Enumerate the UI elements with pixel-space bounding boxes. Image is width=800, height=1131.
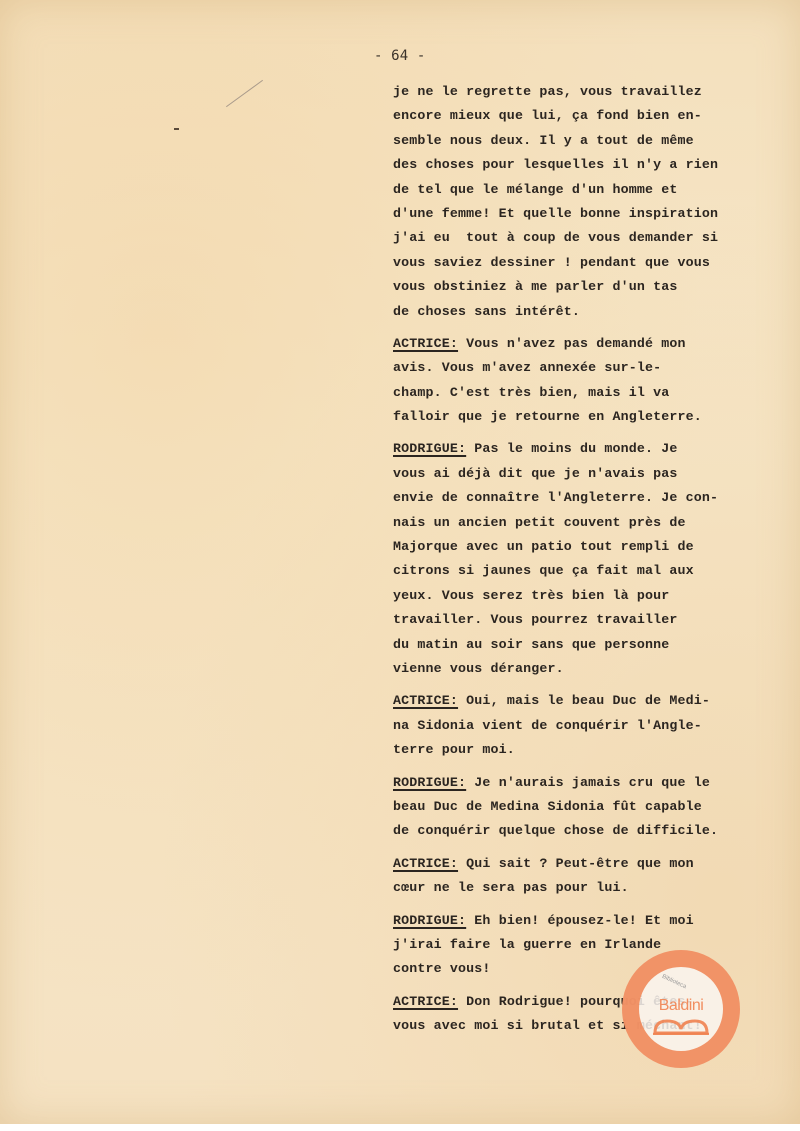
line-text: j'ai eu tout à coup de vous demander si <box>393 230 718 245</box>
speaker-name: RODRIGUE: <box>393 775 466 790</box>
text-line: RODRIGUE: Je n'aurais jamais cru que le <box>393 771 773 795</box>
text-line: je ne le regrette pas, vous travaillez <box>393 80 773 104</box>
paper-scratch-mark <box>226 80 263 107</box>
text-line: du matin au soir sans que personne <box>393 633 773 657</box>
line-text: na Sidonia vient de conquérir l'Angle- <box>393 718 702 733</box>
text-line: terre pour moi. <box>393 738 773 762</box>
scan-bottom-edge <box>0 1124 800 1131</box>
speaker-name: ACTRICE: <box>393 994 458 1009</box>
text-line: vous ai déjà dit que je n'avais pas <box>393 462 773 486</box>
speaker-name: ACTRICE: <box>393 336 458 351</box>
line-text: d'une femme! Et quelle bonne inspiration <box>393 206 718 221</box>
line-text: travailler. Vous pourrez travailler <box>393 612 678 627</box>
line-text: vous saviez dessiner ! pendant que vous <box>393 255 710 270</box>
line-text: yeux. Vous serez très bien là pour <box>393 588 669 603</box>
line-text: vous ai déjà dit que je n'avais pas <box>393 466 678 481</box>
speaker-name: ACTRICE: <box>393 856 458 871</box>
line-text: cœur ne le sera pas pour lui. <box>393 880 629 895</box>
text-line: d'une femme! Et quelle bonne inspiration <box>393 202 773 226</box>
line-text: Pas le moins du monde. Je <box>466 441 677 456</box>
text-line: avis. Vous m'avez annexée sur-le- <box>393 356 773 380</box>
line-text: champ. C'est très bien, mais il va <box>393 385 669 400</box>
line-text: de conquérir quelque chose de difficile. <box>393 823 718 838</box>
dialogue-paragraph: ACTRICE: Vous n'avez pas demandé monavis… <box>393 332 773 430</box>
line-text: du matin au soir sans que personne <box>393 637 669 652</box>
text-line: beau Duc de Medina Sidonia fût capable <box>393 795 773 819</box>
text-line: Majorque avec un patio tout rempli de <box>393 535 773 559</box>
text-line: vous saviez dessiner ! pendant que vous <box>393 251 773 275</box>
typescript-body: je ne le regrette pas, vous travaillezen… <box>393 80 773 1046</box>
speaker-name: RODRIGUE: <box>393 913 466 928</box>
line-text: nais un ancien petit couvent près de <box>393 515 686 530</box>
line-text: de tel que le mélange d'un homme et <box>393 182 678 197</box>
text-line: champ. C'est très bien, mais il va <box>393 381 773 405</box>
text-line: travailler. Vous pourrez travailler <box>393 608 773 632</box>
line-text: j'irai faire la guerre en Irlande <box>393 937 661 952</box>
text-line: encore mieux que lui, ça fond bien en- <box>393 104 773 128</box>
dialogue-paragraph: RODRIGUE: Pas le moins du monde. Jevous … <box>393 437 773 681</box>
line-text: envie de connaître l'Angleterre. Je con- <box>393 490 718 505</box>
dialogue-paragraph: ACTRICE: Oui, mais le beau Duc de Medi-n… <box>393 689 773 762</box>
text-line: RODRIGUE: Pas le moins du monde. Je <box>393 437 773 461</box>
continuation-paragraph: je ne le regrette pas, vous travaillezen… <box>393 80 773 324</box>
line-text: citrons si jaunes que ça fait mal aux <box>393 563 694 578</box>
line-text: Eh bien! épousez-le! Et moi <box>466 913 694 928</box>
line-text: semble nous deux. Il y a tout de même <box>393 133 694 148</box>
line-text: encore mieux que lui, ça fond bien en- <box>393 108 702 123</box>
page-number: - 64 - <box>374 48 425 64</box>
line-text: Majorque avec un patio tout rempli de <box>393 539 694 554</box>
line-text: je ne le regrette pas, vous travaillez <box>393 84 702 99</box>
dialogue-paragraph: RODRIGUE: Je n'aurais jamais cru que leb… <box>393 771 773 844</box>
text-line: vous obstiniez à me parler d'un tas <box>393 275 773 299</box>
speaker-name: ACTRICE: <box>393 693 458 708</box>
text-line: envie de connaître l'Angleterre. Je con- <box>393 486 773 510</box>
line-text: vous obstiniez à me parler d'un tas <box>393 279 678 294</box>
text-line: cœur ne le sera pas pour lui. <box>393 876 773 900</box>
line-text: falloir que je retourne en Angleterre. <box>393 409 702 424</box>
text-line: RODRIGUE: Eh bien! épousez-le! Et moi <box>393 909 773 933</box>
document-page: - 64 - je ne le regrette pas, vous trava… <box>0 0 800 1124</box>
text-line: yeux. Vous serez très bien là pour <box>393 584 773 608</box>
line-text: Oui, mais le beau Duc de Medi- <box>458 693 710 708</box>
text-line: falloir que je retourne en Angleterre. <box>393 405 773 429</box>
speaker-name: RODRIGUE: <box>393 441 466 456</box>
text-line: de choses sans intérêt. <box>393 300 773 324</box>
line-text: de choses sans intérêt. <box>393 304 580 319</box>
library-watermark-stamp: Biblioteca Baldini <box>622 950 740 1068</box>
text-line: ACTRICE: Vous n'avez pas demandé mon <box>393 332 773 356</box>
text-line: de conquérir quelque chose de difficile. <box>393 819 773 843</box>
text-line: semble nous deux. Il y a tout de même <box>393 129 773 153</box>
line-text: beau Duc de Medina Sidonia fût capable <box>393 799 702 814</box>
watermark-label: Biblioteca <box>661 974 687 990</box>
text-line: na Sidonia vient de conquérir l'Angle- <box>393 714 773 738</box>
paper-ink-speck <box>174 128 179 130</box>
line-text: vienne vous déranger. <box>393 661 564 676</box>
text-line: vienne vous déranger. <box>393 657 773 681</box>
text-line: des choses pour lesquelles il n'y a rien <box>393 153 773 177</box>
text-line: j'irai faire la guerre en Irlande <box>393 933 773 957</box>
line-text: avis. Vous m'avez annexée sur-le- <box>393 360 661 375</box>
text-line: citrons si jaunes que ça fait mal aux <box>393 559 773 583</box>
line-text: Vous n'avez pas demandé mon <box>458 336 686 351</box>
text-line: de tel que le mélange d'un homme et <box>393 178 773 202</box>
line-text: terre pour moi. <box>393 742 515 757</box>
text-line: ACTRICE: Qui sait ? Peut-être que mon <box>393 852 773 876</box>
open-book-icon <box>653 1019 709 1035</box>
text-line: ACTRICE: Oui, mais le beau Duc de Medi- <box>393 689 773 713</box>
watermark-name: Baldini <box>639 997 723 1015</box>
text-line: nais un ancien petit couvent près de <box>393 511 773 535</box>
line-text: des choses pour lesquelles il n'y a rien <box>393 157 718 172</box>
line-text: Je n'aurais jamais cru que le <box>466 775 710 790</box>
line-text: Qui sait ? Peut-être que mon <box>458 856 694 871</box>
line-text: contre vous! <box>393 961 491 976</box>
text-line: j'ai eu tout à coup de vous demander si <box>393 226 773 250</box>
dialogue-paragraph: ACTRICE: Qui sait ? Peut-être que moncœu… <box>393 852 773 901</box>
